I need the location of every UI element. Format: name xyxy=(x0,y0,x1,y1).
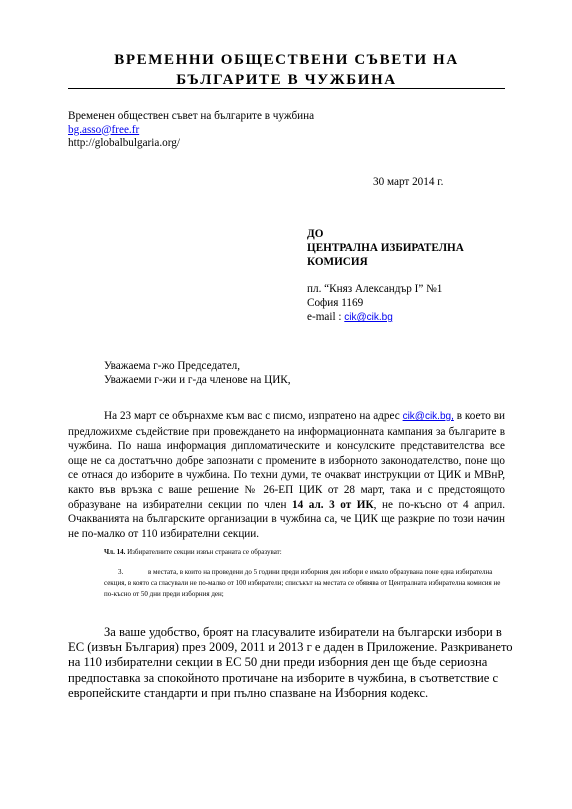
recipient-org-line1: ЦЕНТРАЛНА ИЗБИРАТЕЛНА xyxy=(307,242,464,256)
letterhead-title-line2: БЪЛГАРИТЕ В ЧУЖБИНА xyxy=(68,70,505,90)
law-item-text: в местата, в които на проведени до 5 год… xyxy=(104,568,500,598)
paragraph-text: в което ви предложихме съдействие при пр… xyxy=(68,410,505,511)
recipient-org-line2: КОМИСИЯ xyxy=(307,256,464,270)
sender-website: http://globalbulgaria.org/ xyxy=(68,137,314,151)
law-article-heading: Избирателните секции извън страната се о… xyxy=(125,548,281,556)
law-reference: 14 ал. 3 от ИК xyxy=(292,499,374,511)
sender-block: Временен обществен съвет на българите в … xyxy=(68,110,314,151)
paragraph-text: На 23 март се обърнахме към вас с писмо,… xyxy=(104,410,403,422)
cik-email-link[interactable]: cik@cik.bg, xyxy=(403,411,454,422)
body-paragraph-1: На 23 март се обърнахме към вас с писмо,… xyxy=(68,409,505,541)
letter-date: 30 март 2014 г. xyxy=(373,176,443,188)
letterhead-title-line1: ВРЕМЕННИ ОБЩЕСТВЕНИ СЪВЕТИ НА xyxy=(68,50,505,70)
letterhead-title: ВРЕМЕННИ ОБЩЕСТВЕНИ СЪВЕТИ НА БЪЛГАРИТЕ … xyxy=(68,50,505,90)
recipient-to: ДО xyxy=(307,228,464,242)
recipient-email-link[interactable]: cik@cik.bg xyxy=(344,312,393,323)
recipient-address-line2: София 1169 xyxy=(307,297,464,311)
salutation-line2: Уважаеми г-жи и г-да членове на ЦИК, xyxy=(104,374,291,388)
recipient-email-row: e-mail : cik@cik.bg xyxy=(307,311,464,325)
recipient-address-line1: пл. “Княз Александър I” №1 xyxy=(307,283,464,297)
recipient-block: ДО ЦЕНТРАЛНА ИЗБИРАТЕЛНА КОМИСИЯ пл. “Кн… xyxy=(307,228,464,325)
law-item-number: 3. xyxy=(118,567,148,578)
body-paragraph-2: За ваше удобство, броят на гласувалите и… xyxy=(68,625,518,701)
sender-email-link[interactable]: bg.asso@free.fr xyxy=(68,124,139,136)
law-article-number: Чл. 14. xyxy=(104,548,125,556)
law-quote-title: Чл. 14. Избирателните секции извън стран… xyxy=(104,547,282,557)
salutation-line1: Уважаема г-жо Председател, xyxy=(104,360,291,374)
salutation: Уважаема г-жо Председател, Уважаеми г-жи… xyxy=(104,360,291,387)
header-divider xyxy=(68,88,505,89)
document-page: ВРЕМЕННИ ОБЩЕСТВЕНИ СЪВЕТИ НА БЪЛГАРИТЕ … xyxy=(0,0,572,809)
recipient-email-label: e-mail : xyxy=(307,311,344,323)
law-quote-item: 3.в местата, в които на проведени до 5 г… xyxy=(104,567,504,601)
sender-name: Временен обществен съвет на българите в … xyxy=(68,110,314,124)
